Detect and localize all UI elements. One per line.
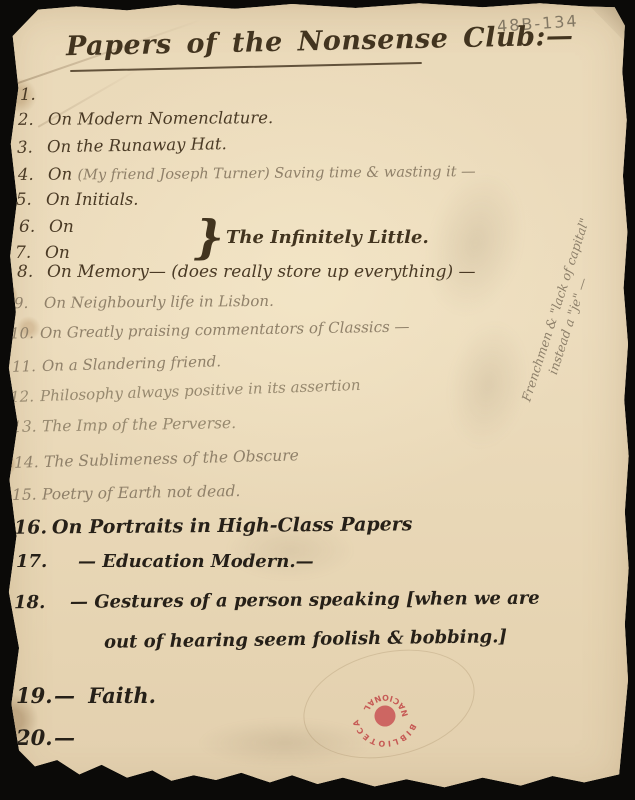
item-number: 12.	[10, 388, 41, 406]
brace-label: The Infinitely Little.	[226, 227, 429, 248]
list-item-19: 19.— Faith.	[16, 684, 156, 708]
item-number: 13.	[12, 418, 42, 436]
corner-fold	[583, 4, 629, 46]
item-number: 6.	[19, 218, 49, 238]
item-text: The Imp of the Perverse.	[42, 414, 236, 435]
item-number: 8.	[17, 263, 47, 283]
item-text: On Memory— (does really store up everyth…	[47, 262, 476, 282]
stamp-center-dot	[373, 704, 396, 727]
item-number: 15.	[12, 486, 42, 504]
library-stamp: BIBLIOTECA NACIONAL	[344, 675, 425, 756]
item-number: 14.	[14, 454, 44, 473]
paper-sheet: 48B-134 Papers of the Nonsense Club:— 1.…	[0, 0, 635, 800]
list-item-18: 18.— Gestures of a person speaking [when…	[14, 589, 540, 614]
item-number: 11.	[12, 358, 42, 376]
scanned-manuscript-page: 48B-134 Papers of the Nonsense Club:— 1.…	[0, 0, 635, 800]
list-item-13: 13.The Imp of the Perverse.	[12, 415, 236, 437]
item-text: —	[54, 725, 75, 750]
item-number: 18.	[14, 593, 52, 614]
item-text: On Initials.	[46, 190, 139, 209]
list-item-15: 15.Poetry of Earth not dead.	[12, 483, 241, 505]
list-item-7: 7.On	[15, 244, 70, 264]
list-item-21: 21.—	[18, 764, 77, 788]
list-item-16: 16.On Portraits in High-Class Papers	[14, 514, 413, 539]
margin-note: Frenchmen & "lack of capital" instead a …	[517, 113, 635, 409]
item-text: On	[45, 243, 70, 263]
item-text: On Neighbourly life in Lisbon.	[44, 292, 274, 312]
list-item-20: 20.—	[16, 726, 75, 750]
item-text: On the Runaway Hat.	[47, 134, 227, 156]
list-item-4: 4.On (My friend Joseph Turner) Saving ti…	[18, 162, 476, 185]
item-text: On Greatly praising commentators of Clas…	[40, 318, 410, 342]
item-text: Poetry of Earth not dead.	[42, 482, 241, 503]
item-text: — Faith.	[54, 683, 156, 708]
item-number: 21.	[18, 764, 56, 788]
item-number: 7.	[15, 244, 45, 264]
item-text: On Modern Nomenclature.	[48, 108, 273, 129]
list-item-14: 14.The Sublimeness of the Obscure	[14, 447, 299, 472]
list-item-9: 9.On Neighbourly life in Lisbon.	[14, 293, 274, 313]
list-item-2: 2.On Modern Nomenclature.	[18, 109, 273, 130]
list-item-18-line2: out of hearing seem foolish & bobbing.]	[104, 627, 507, 653]
item-number: 4.	[18, 166, 48, 185]
item-number: 1.	[20, 86, 50, 105]
list-item-11: 11.On a Slandering friend.	[12, 353, 221, 376]
item-number: 9.	[14, 295, 44, 313]
item-text: —	[56, 763, 77, 788]
item-text: On Portraits in High-Class Papers	[52, 513, 413, 538]
item-number: 3.	[17, 138, 47, 157]
list-item-17: 17.— Education Modern.—	[16, 552, 314, 573]
list-item-8: 8.On Memory— (does really store up every…	[17, 263, 476, 283]
margin-note-line2: instead a "je" —	[544, 118, 635, 376]
title-underline	[70, 62, 422, 72]
item-number: 16.	[14, 517, 52, 539]
item-text: Philosophy always positive in its assert…	[40, 376, 361, 405]
item-text: The Sublimeness of the Obscure	[44, 446, 299, 471]
item-text: On a Slandering friend.	[42, 352, 221, 375]
item-text: — Gestures of a person speaking [when we…	[70, 588, 540, 613]
item-number: 17.	[16, 552, 54, 573]
list-item-3: 3.On the Runaway Hat.	[17, 135, 227, 158]
list-item-5: 5.On Initials.	[16, 191, 139, 210]
item-number: 2.	[18, 111, 48, 130]
list-item-6: 6.On	[19, 218, 74, 238]
item-text-continued: out of hearing seem foolish & bobbing.]	[104, 626, 507, 653]
item-text: (My friend Joseph Turner) Saving time & …	[77, 164, 475, 183]
list-item-10: 10.On Greatly praising commentators of C…	[10, 319, 410, 343]
item-number: 20.	[16, 726, 54, 750]
item-text-prefix: On	[48, 164, 78, 183]
margin-note-line1: Frenchmen & "lack of capital"	[517, 113, 626, 404]
list-item-1: 1.	[20, 86, 50, 105]
item-text: On	[49, 217, 74, 237]
item-number: 19.	[16, 684, 54, 708]
item-number: 10.	[10, 325, 40, 343]
list-item-12: 12.Philosophy always positive in its ass…	[10, 377, 361, 406]
ink-showthrough-smudge	[411, 159, 539, 328]
page-title: Papers of the Nonsense Club:—	[66, 21, 574, 63]
item-text: — Education Modern.—	[78, 551, 314, 572]
brace-glyph: }	[194, 210, 224, 264]
item-number: 5.	[16, 191, 46, 210]
